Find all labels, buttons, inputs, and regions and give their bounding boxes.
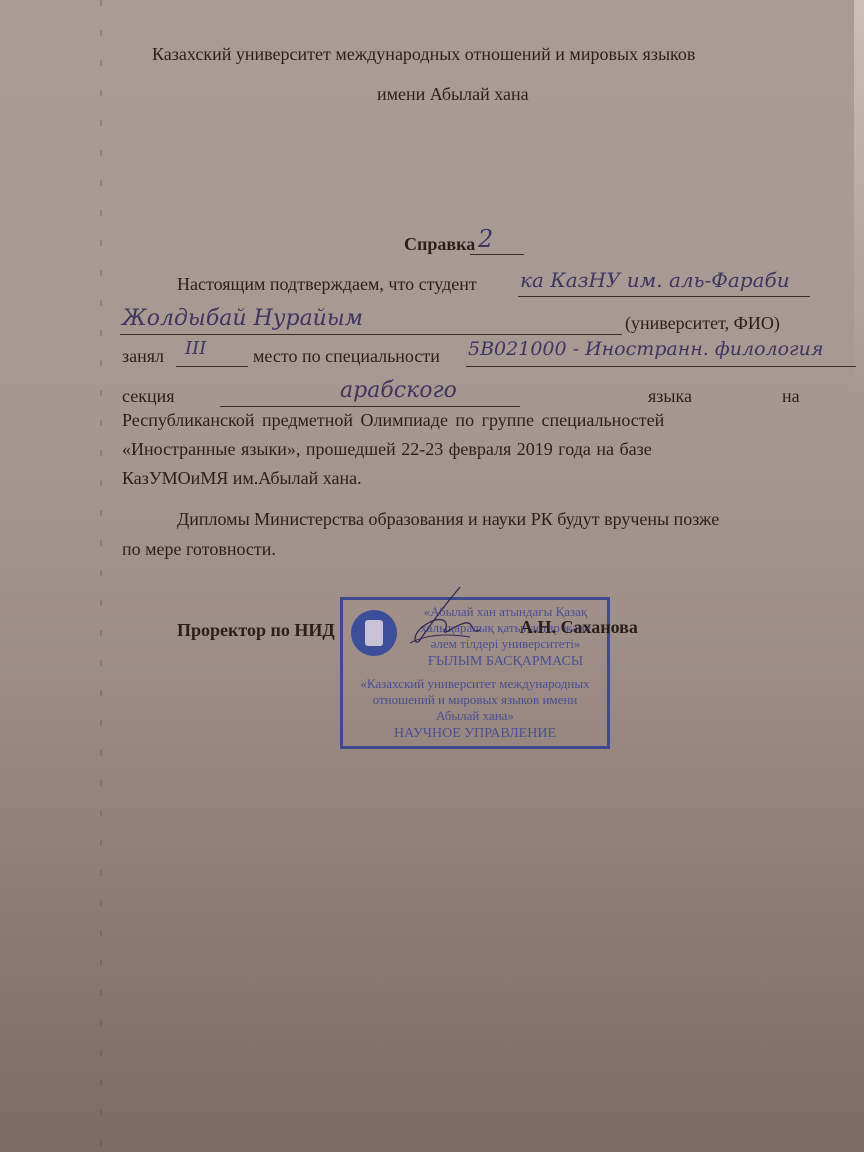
university-name-line2: имени Абылай хана (377, 84, 529, 105)
on-label: на (782, 386, 800, 407)
document-title: Справка (404, 234, 475, 255)
certificate-number: 2 (478, 225, 493, 253)
paper-edge (854, 0, 864, 400)
language-label: языка (648, 386, 692, 407)
place-underline (176, 366, 248, 367)
specialty-value: 5В021000 - Иностранн. филология (468, 338, 823, 360)
group-line: «Иностранные языки», прошедшей 22-23 фев… (122, 439, 652, 460)
olympiad-line: Республиканской предметной Олимпиаде по … (122, 410, 664, 431)
signer-position: Проректор по НИД (177, 620, 335, 641)
number-underline (470, 254, 524, 255)
section-label: секция (122, 386, 175, 407)
took-label: занял (122, 346, 164, 367)
diplomas-line1: Дипломы Министерства образования и науки… (177, 509, 719, 530)
place-suffix: место по специальности (253, 346, 440, 367)
student-university: ка КазНУ им. аль-Фараби (520, 268, 790, 292)
stamp-ru-line2: отношений и мировых языков имени (343, 692, 607, 708)
diplomas-line2: по мере готовности. (122, 539, 276, 560)
fio-hint: (университет, ФИО) (625, 313, 780, 334)
stamp-ru-line3: Абылай хана» (343, 708, 607, 724)
section-underline (220, 406, 520, 407)
place-value: III (185, 338, 206, 359)
base-line: КазУМОиМЯ им.Абылай хана. (122, 468, 362, 489)
specialty-underline (466, 366, 856, 367)
stamp-kz-dept: ҒЫЛЫМ БАСҚАРМАСЫ (403, 654, 608, 670)
university-underline (518, 296, 810, 297)
university-name-line1: Казахский университет международных отно… (152, 44, 695, 65)
section-value: арабского (340, 378, 457, 403)
student-name: Жолдыбай Нурайым (122, 306, 363, 331)
stamp-ru-dept: НАУЧНОЕ УПРАВЛЕНИЕ (343, 726, 607, 742)
paper-fold-line (100, 0, 102, 1152)
name-underline (120, 334, 622, 335)
stamp-ru-line1: «Казахский университет международных (343, 676, 607, 692)
intro-text: Настоящим подтверждаем, что студент (177, 274, 477, 295)
signer-name: А.Н. Саханова (520, 617, 638, 638)
handwritten-signature-icon (390, 585, 500, 655)
